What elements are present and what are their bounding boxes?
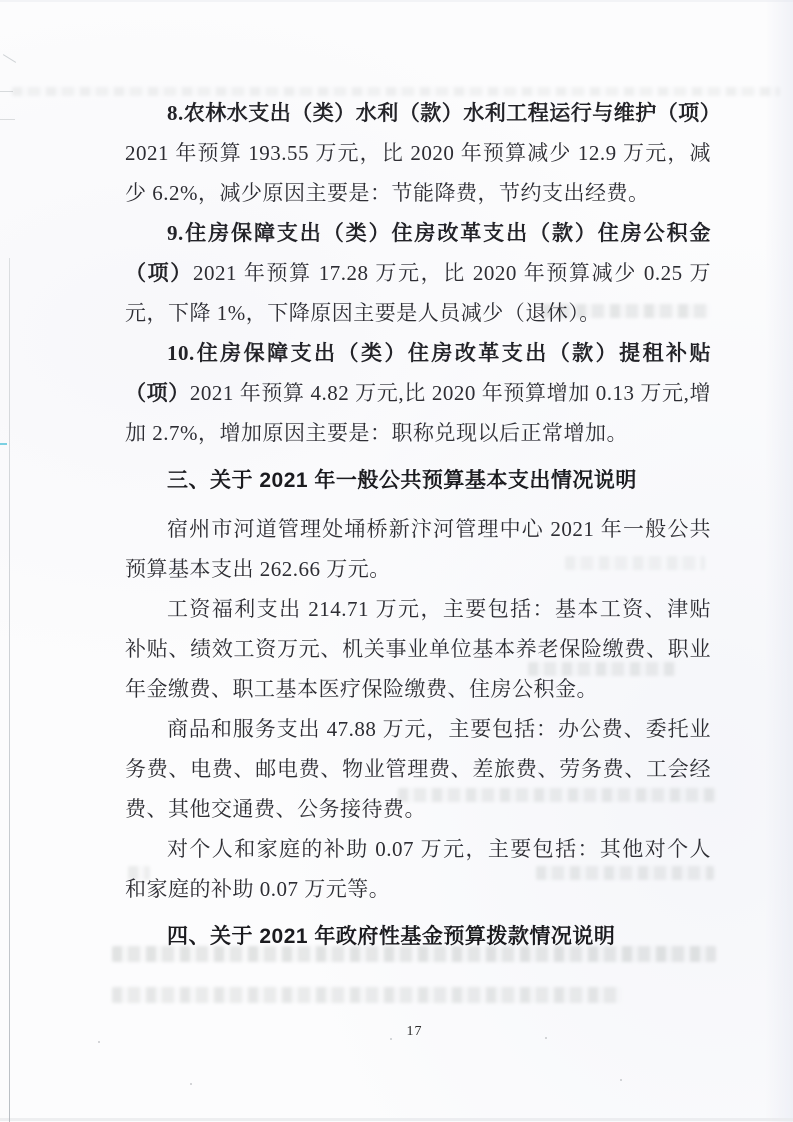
item-8-agriculture-water: 8.农林水支出（类）水利（款）水利工程运行与维护（项）2021 年预算 193.… [125,93,711,213]
text-segment: 2021 年预算 17.28 万元，比 2020 年预算减少 0.25 万元，下… [125,261,711,325]
scan-right-shade [765,0,793,1122]
item-10-rent-subsidy: 10.住房保障支出（类）住房改革支出（款）提租补贴（项）2021 年预算 4.8… [125,333,711,453]
document-body: 8.农林水支出（类）水利（款）水利工程运行与维护（项）2021 年预算 193.… [125,93,711,965]
dust-speck [620,1079,622,1081]
text-segment: 宿州市河道管理处埇桥新汴河管理中心 2021 年一般公共预算基本支出 262.6… [125,517,711,581]
dust-speck [190,1083,192,1085]
text-segment: 8.农林水支出（类）水利（款）水利工程运行与维护（项） [167,101,721,125]
goods-services-expenditure: 商品和服务支出 47.88 万元，主要包括：办公费、委托业务费、电费、邮电费、物… [125,709,711,829]
scan-top-edge [0,0,793,2]
text-segment: 商品和服务支出 47.88 万元，主要包括：办公费、委托业务费、电费、邮电费、物… [125,717,711,821]
individual-family-subsidy: 对个人和家庭的补助 0.07 万元，主要包括：其他对个人和家庭的补助 0.07 … [125,829,711,909]
page-number: 17 [18,1024,793,1040]
text-segment: 三、关于 2021 年一般公共预算基本支出情况说明 [167,469,637,492]
wage-welfare-expenditure: 工资福利支出 214.71 万元，主要包括：基本工资、津贴补贴、绩效工资万元、机… [125,589,711,709]
item-9-housing-fund: 9.住房保障支出（类）住房改革支出（款）住房公积金（项）2021 年预算 17.… [125,213,711,333]
dust-speck [98,1041,100,1043]
scan-bottom-edge [0,1118,793,1121]
scan-mark [3,54,16,63]
section-4-heading: 四、关于 2021 年政府性基金预算拨款情况说明 [125,917,711,957]
text-segment: 四、关于 2021 年政府性基金预算拨款情况说明 [167,925,615,948]
scan-left-fold-line [9,258,10,1122]
text-segment: 2021 年预算 193.55 万元，比 2020 年预算减少 12.9 万元，… [125,141,711,205]
text-segment: 对个人和家庭的补助 0.07 万元，主要包括：其他对个人和家庭的补助 0.07 … [125,837,711,901]
bleed-through-artifact [112,987,622,1003]
text-segment: 工资福利支出 214.71 万元，主要包括：基本工资、津贴补贴、绩效工资万元、机… [125,597,711,701]
text-segment: 2021 年预算 4.82 万元,比 2020 年预算增加 0.13 万元,增加… [125,381,711,445]
scanned-document-page: 8.农林水支出（类）水利（款）水利工程运行与维护（项）2021 年预算 193.… [0,0,793,1122]
basic-expenditure-total: 宿州市河道管理处埇桥新汴河管理中心 2021 年一般公共预算基本支出 262.6… [125,509,711,589]
scan-cyan-mark [0,443,7,445]
scan-mark [0,119,15,120]
section-3-heading: 三、关于 2021 年一般公共预算基本支出情况说明 [125,461,711,501]
